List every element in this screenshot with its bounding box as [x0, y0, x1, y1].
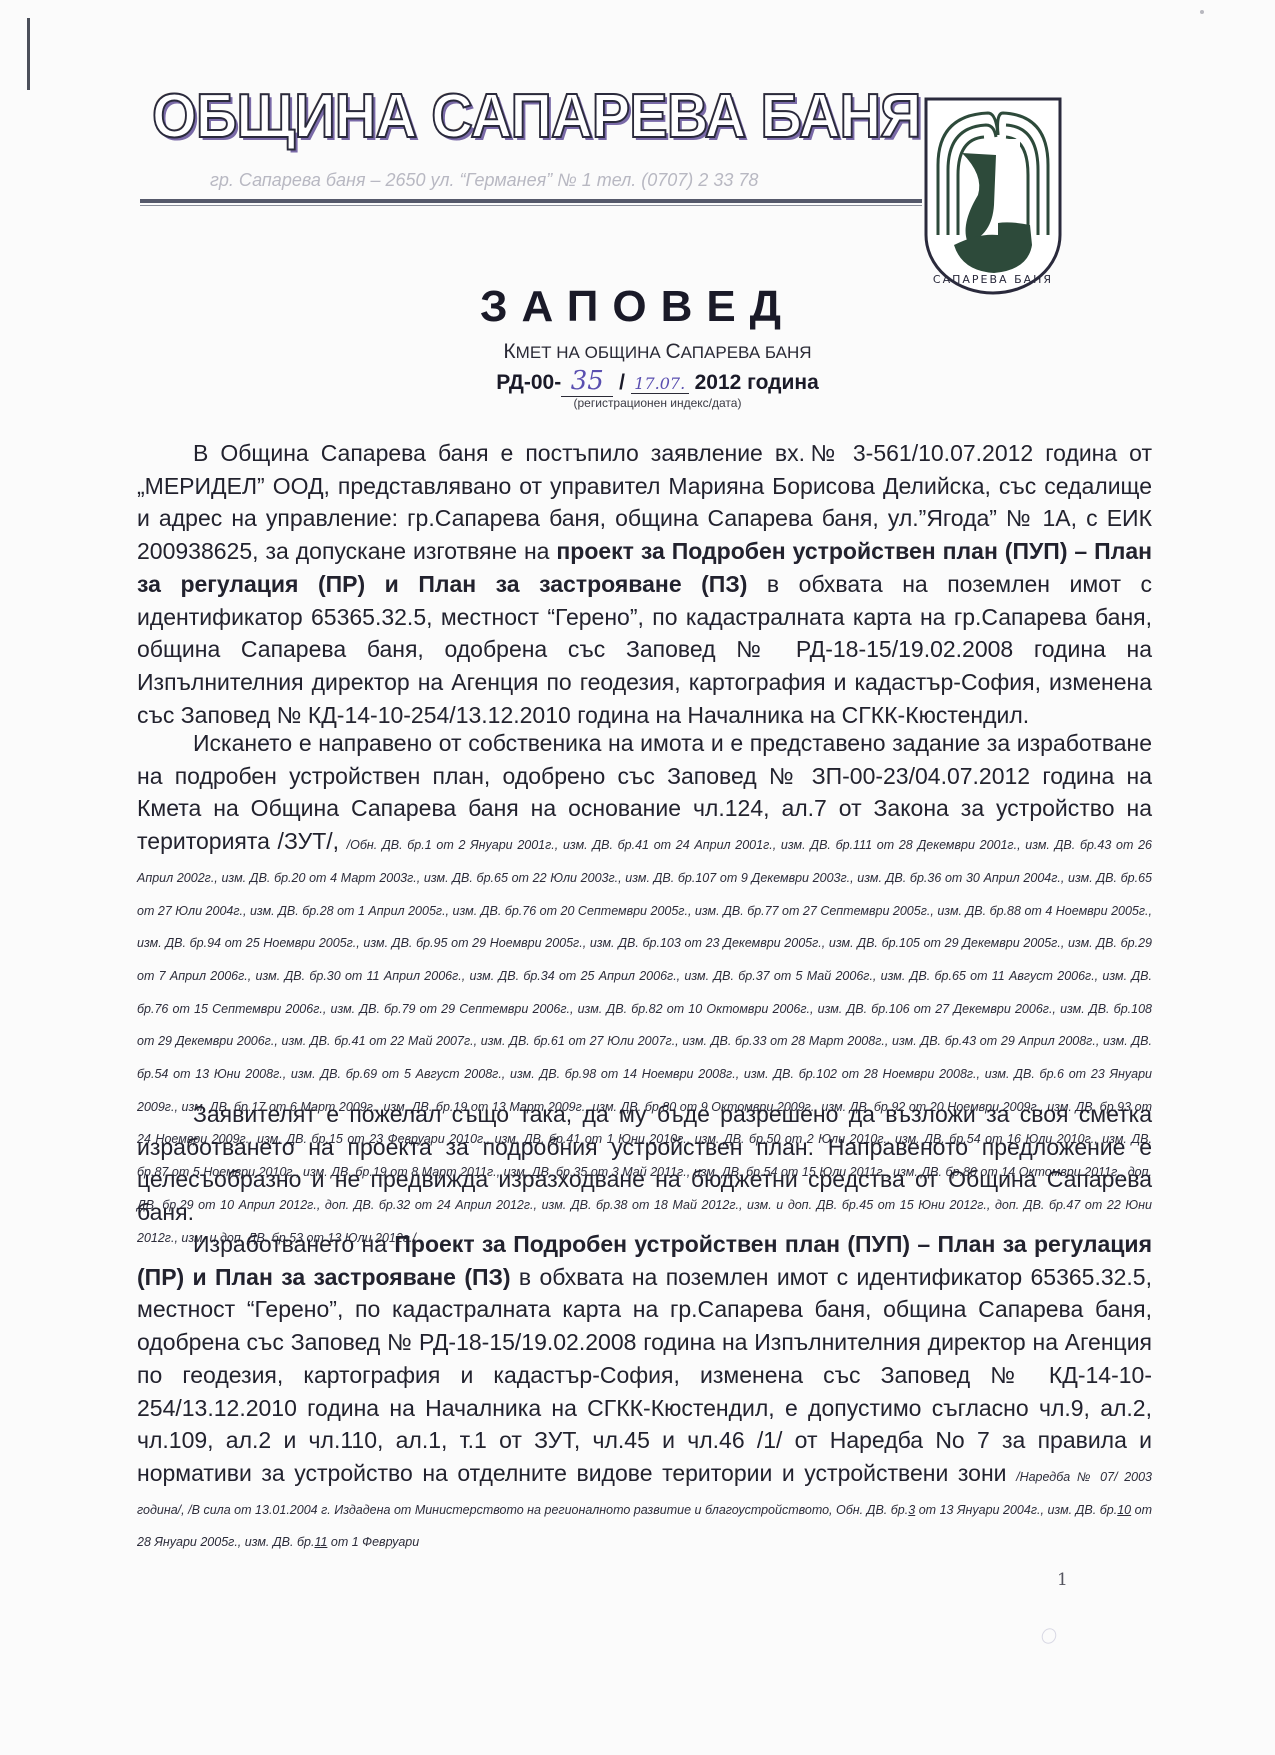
letterhead-rule-thin: [140, 205, 922, 206]
document-issuer: КМЕТ НА ОБЩИНА САПАРЕВА БАНЯ: [0, 340, 1275, 364]
municipality-address: гр. Сапарева баня – 2650 ул. “Германея” …: [210, 170, 758, 191]
handwritten-reg-number: 35: [561, 366, 613, 397]
scan-artifact-dot: [1200, 10, 1204, 14]
registration-line: РД-00-35 / 17.07. 2012 година: [0, 366, 1275, 397]
municipality-crest-icon: САПАРЕВА БАНЯ: [918, 95, 1068, 295]
letterhead-rule: [140, 199, 922, 203]
scan-artifact-smudge: [1039, 1626, 1059, 1647]
scan-artifact-line: [27, 18, 30, 90]
paragraph-application: В Община Сапарева баня е постъпило заявл…: [137, 437, 1152, 731]
registration-year: 2012 година: [689, 371, 819, 394]
registration-prefix: РД-00-: [496, 371, 561, 394]
municipality-name: ОБЩИНА САПАРЕВА БАНЯ: [152, 86, 921, 148]
page-number: 1: [1057, 1570, 1068, 1590]
registration-note: (регистрационен индекс/дата): [0, 396, 1275, 410]
paragraph-applicant-wish: Заявителят е пожелал също така, да му бъ…: [137, 1098, 1152, 1229]
handwritten-reg-date: 17.07.: [631, 374, 689, 394]
paragraph-admissibility: Изработването на Проект за Подробен устр…: [137, 1228, 1152, 1555]
document-title: ЗАПОВЕД: [0, 282, 1275, 332]
